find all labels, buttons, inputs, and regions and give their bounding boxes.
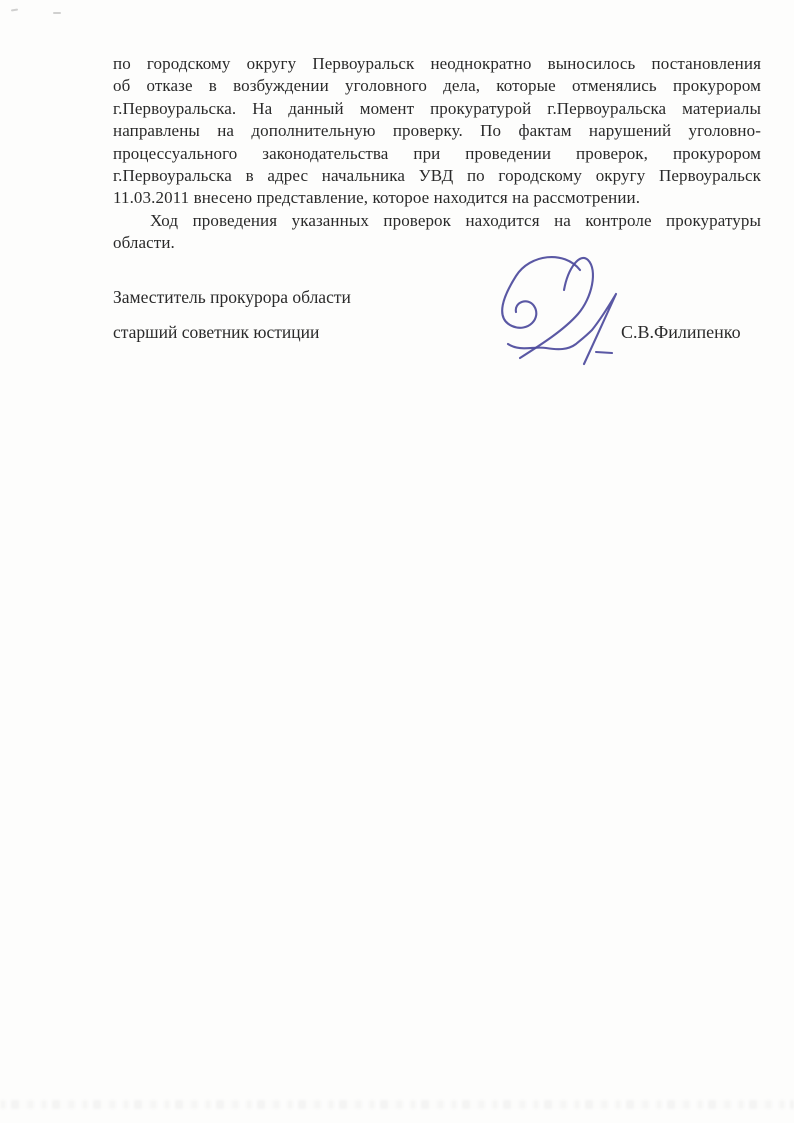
body-line: Ход проведения указанных проверок находи… xyxy=(113,210,761,232)
signoff-block: Заместитель прокурора областистарший сов… xyxy=(113,280,453,350)
signoff-title-line: Заместитель прокурора области xyxy=(113,280,453,315)
scan-speck xyxy=(11,9,18,12)
signoff-title-line: старший советник юстиции xyxy=(113,315,453,350)
body-line: об отказе в возбуждении уголовного дела,… xyxy=(113,75,761,97)
scan-noise-band xyxy=(0,1100,794,1109)
document-page: по городскому округу Первоуральск неодно… xyxy=(0,0,794,1123)
body-line: направлены на дополнительную проверку. П… xyxy=(113,120,761,142)
body-line: г.Первоуральска. На данный момент прокур… xyxy=(113,98,761,120)
body-line: г.Первоуральска в адрес начальника УВД п… xyxy=(113,165,761,187)
signatory-name: С.В.Филипенко xyxy=(621,322,741,343)
body-line: 11.03.2011 внесено представление, которо… xyxy=(113,187,761,209)
body-line: процессуального законодательства при про… xyxy=(113,143,761,165)
body-line: по городскому округу Первоуральск неодно… xyxy=(113,53,761,75)
scan-speck xyxy=(53,12,61,14)
handwritten-signature-ink xyxy=(468,246,633,372)
body-line: области. xyxy=(113,232,761,254)
body-paragraphs: по городскому округу Первоуральск неодно… xyxy=(113,53,761,255)
